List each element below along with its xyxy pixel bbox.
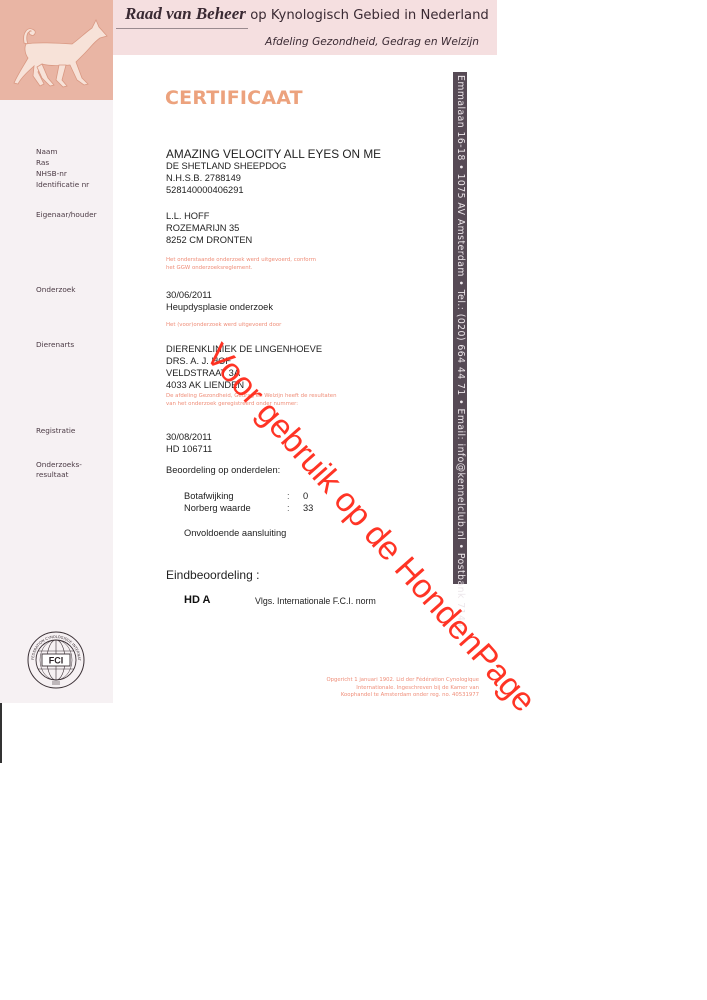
note-conform-1: Het onderstaande onderzoek werd uitgevoe… — [166, 256, 316, 264]
score-label: Botafwijking — [184, 491, 234, 501]
final-assessment-label: Eindbeoordeling : — [166, 568, 259, 582]
label-identificatie: Identificatie nr — [36, 180, 89, 190]
organization-title: Raad van Beheer op Kynologisch Gebied in… — [125, 4, 489, 24]
dog-nhsb: N.H.S.B. 2788149 — [166, 173, 241, 185]
certificate-document: Raad van Beheer op Kynologisch Gebied in… — [0, 0, 497, 703]
footer-line: Internationale. Ingeschreven bij de Kame… — [326, 685, 479, 693]
dog-chip: 528140000406291 — [166, 185, 244, 197]
fci-logo-icon: FCI FEDERATION CYNOLOGIQUE INTERNATIONAL… — [26, 630, 86, 690]
dog-name: AMAZING VELOCITY ALL EYES ON ME — [166, 147, 381, 161]
note-performed-by: Het (voor)onderzoek werd uitgevoerd door — [166, 321, 281, 329]
label-resultaat-2: resultaat — [36, 470, 68, 480]
footer-line: Opgericht 1 januari 1902. Lid der Fédéra… — [326, 677, 479, 685]
label-nhsb: NHSB-nr — [36, 169, 67, 179]
score-row: Norberg waarde : 33 — [184, 503, 251, 515]
certificate-title: CERTIFICAAT — [165, 87, 303, 109]
note-conform-2: het GGW onderzoeksreglement. — [166, 264, 252, 272]
svg-text:FCI: FCI — [49, 656, 64, 666]
registration-date: 30/08/2011 — [166, 432, 212, 444]
dog-breed: DE SHETLAND SHEEPDOG — [166, 161, 286, 173]
scan-edge-line — [0, 703, 2, 763]
score-separator: : — [287, 491, 290, 503]
owner-name: L.L. HOFF — [166, 211, 209, 223]
label-dierenarts: Dierenarts — [36, 340, 74, 350]
left-sidebar — [0, 0, 113, 703]
org-subtitle: op Kynologisch Gebied in Nederland — [250, 8, 489, 23]
score-row: Botafwijking : 0 — [184, 491, 234, 503]
org-brand: Raad van Beheer — [125, 4, 246, 23]
registration-number: HD 106711 — [166, 444, 212, 456]
dog-emblem — [0, 0, 113, 100]
department-name: Afdeling Gezondheid, Gedrag en Welzijn — [265, 36, 479, 48]
final-norm: Vlgs. Internationale F.C.I. norm — [255, 596, 376, 606]
exam-type: Heupdysplasie onderzoek — [166, 302, 273, 314]
label-naam: Naam — [36, 147, 58, 157]
result-remark: Onvoldoende aansluiting — [184, 528, 286, 540]
label-ras: Ras — [36, 158, 49, 168]
score-separator: : — [287, 503, 290, 515]
vet-clinic: DIERENKLINIEK DE LINGENHOEVE — [166, 344, 322, 356]
label-eigenaar: Eigenaar/houder — [36, 210, 97, 220]
score-value: 0 — [303, 491, 308, 503]
label-registratie: Registratie — [36, 426, 75, 436]
score-value: 33 — [303, 503, 313, 515]
title-underline — [116, 28, 248, 29]
label-resultaat-1: Onderzoeks- — [36, 460, 82, 470]
contact-info: Emmalaan 16-18 • 1075 AV Amsterdam • Tel… — [453, 75, 467, 634]
label-onderzoek: Onderzoek — [36, 285, 76, 295]
dog-icon — [4, 10, 112, 95]
owner-street: ROZEMARIJN 35 — [166, 223, 239, 235]
footer-line: Koophandel te Amsterdam onder reg. no. 4… — [326, 692, 479, 700]
footer-legal: Opgericht 1 januari 1902. Lid der Fédéra… — [326, 677, 479, 700]
exam-date: 30/06/2011 — [166, 290, 212, 302]
contact-bar: Emmalaan 16-18 • 1075 AV Amsterdam • Tel… — [453, 72, 467, 584]
score-label: Norberg waarde — [184, 503, 251, 513]
owner-city: 8252 CM DRONTEN — [166, 235, 252, 247]
final-grade: HD A — [184, 594, 210, 606]
result-heading: Beoordeling op onderdelen: — [166, 465, 280, 477]
